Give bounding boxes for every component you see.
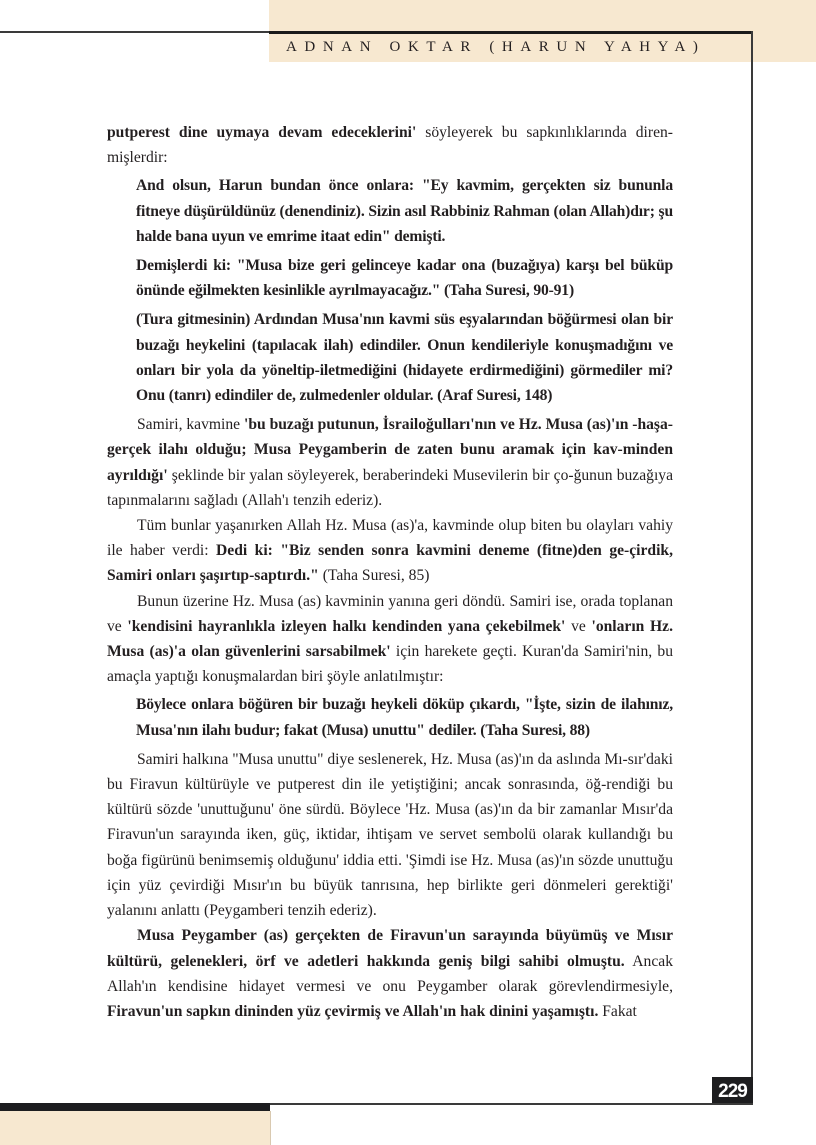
emphasis: Musa Peygamber (as) gerçekten de Firavun…: [107, 927, 673, 969]
footer-rule-thick: [0, 1103, 270, 1111]
footer-rule: [269, 1103, 753, 1105]
paragraph: Bunun üzerine Hz. Musa (as) kavminin yan…: [107, 589, 673, 690]
page-number: 229: [712, 1077, 753, 1105]
quran-quote: And olsun, Harun bundan önce onlara: "Ey…: [107, 173, 673, 249]
emphasis: 'kendisini hayranlıkla izleyen halkı ken…: [127, 618, 565, 635]
paragraph: Tüm bunlar yaşanırken Allah Hz. Musa (as…: [107, 513, 673, 589]
paragraph: Samiri halkına "Musa unuttu" diye seslen…: [107, 747, 673, 923]
header-rule-thick: [269, 31, 753, 34]
emphasis: Firavun'un sapkın dininden yüz çevirmiş …: [107, 1003, 598, 1020]
paragraph: Musa Peygamber (as) gerçekten de Firavun…: [107, 923, 673, 1024]
quran-quote: Demişlerdi ki: "Musa bize geri gelinceye…: [107, 253, 673, 303]
paragraph: putperest dine uymaya devam edeceklerini…: [107, 120, 673, 170]
running-head: ADNAN OKTAR (HARUN YAHYA): [286, 39, 746, 56]
emphasis: putperest dine uymaya devam edeceklerini…: [107, 124, 416, 141]
page-body: putperest dine uymaya devam edeceklerini…: [107, 120, 673, 1024]
header-rule-left: [0, 31, 269, 33]
quran-quote: (Tura gitmesinin) Ardından Musa'nın kavm…: [107, 307, 673, 408]
footer-band: [0, 1111, 271, 1145]
page-frame-right-rule: [751, 31, 753, 1105]
quran-quote: Böylece onlara böğüren bir buzağı heykel…: [107, 692, 673, 742]
paragraph: Samiri, kavmine 'bu buzağı putunun, İsra…: [107, 412, 673, 513]
